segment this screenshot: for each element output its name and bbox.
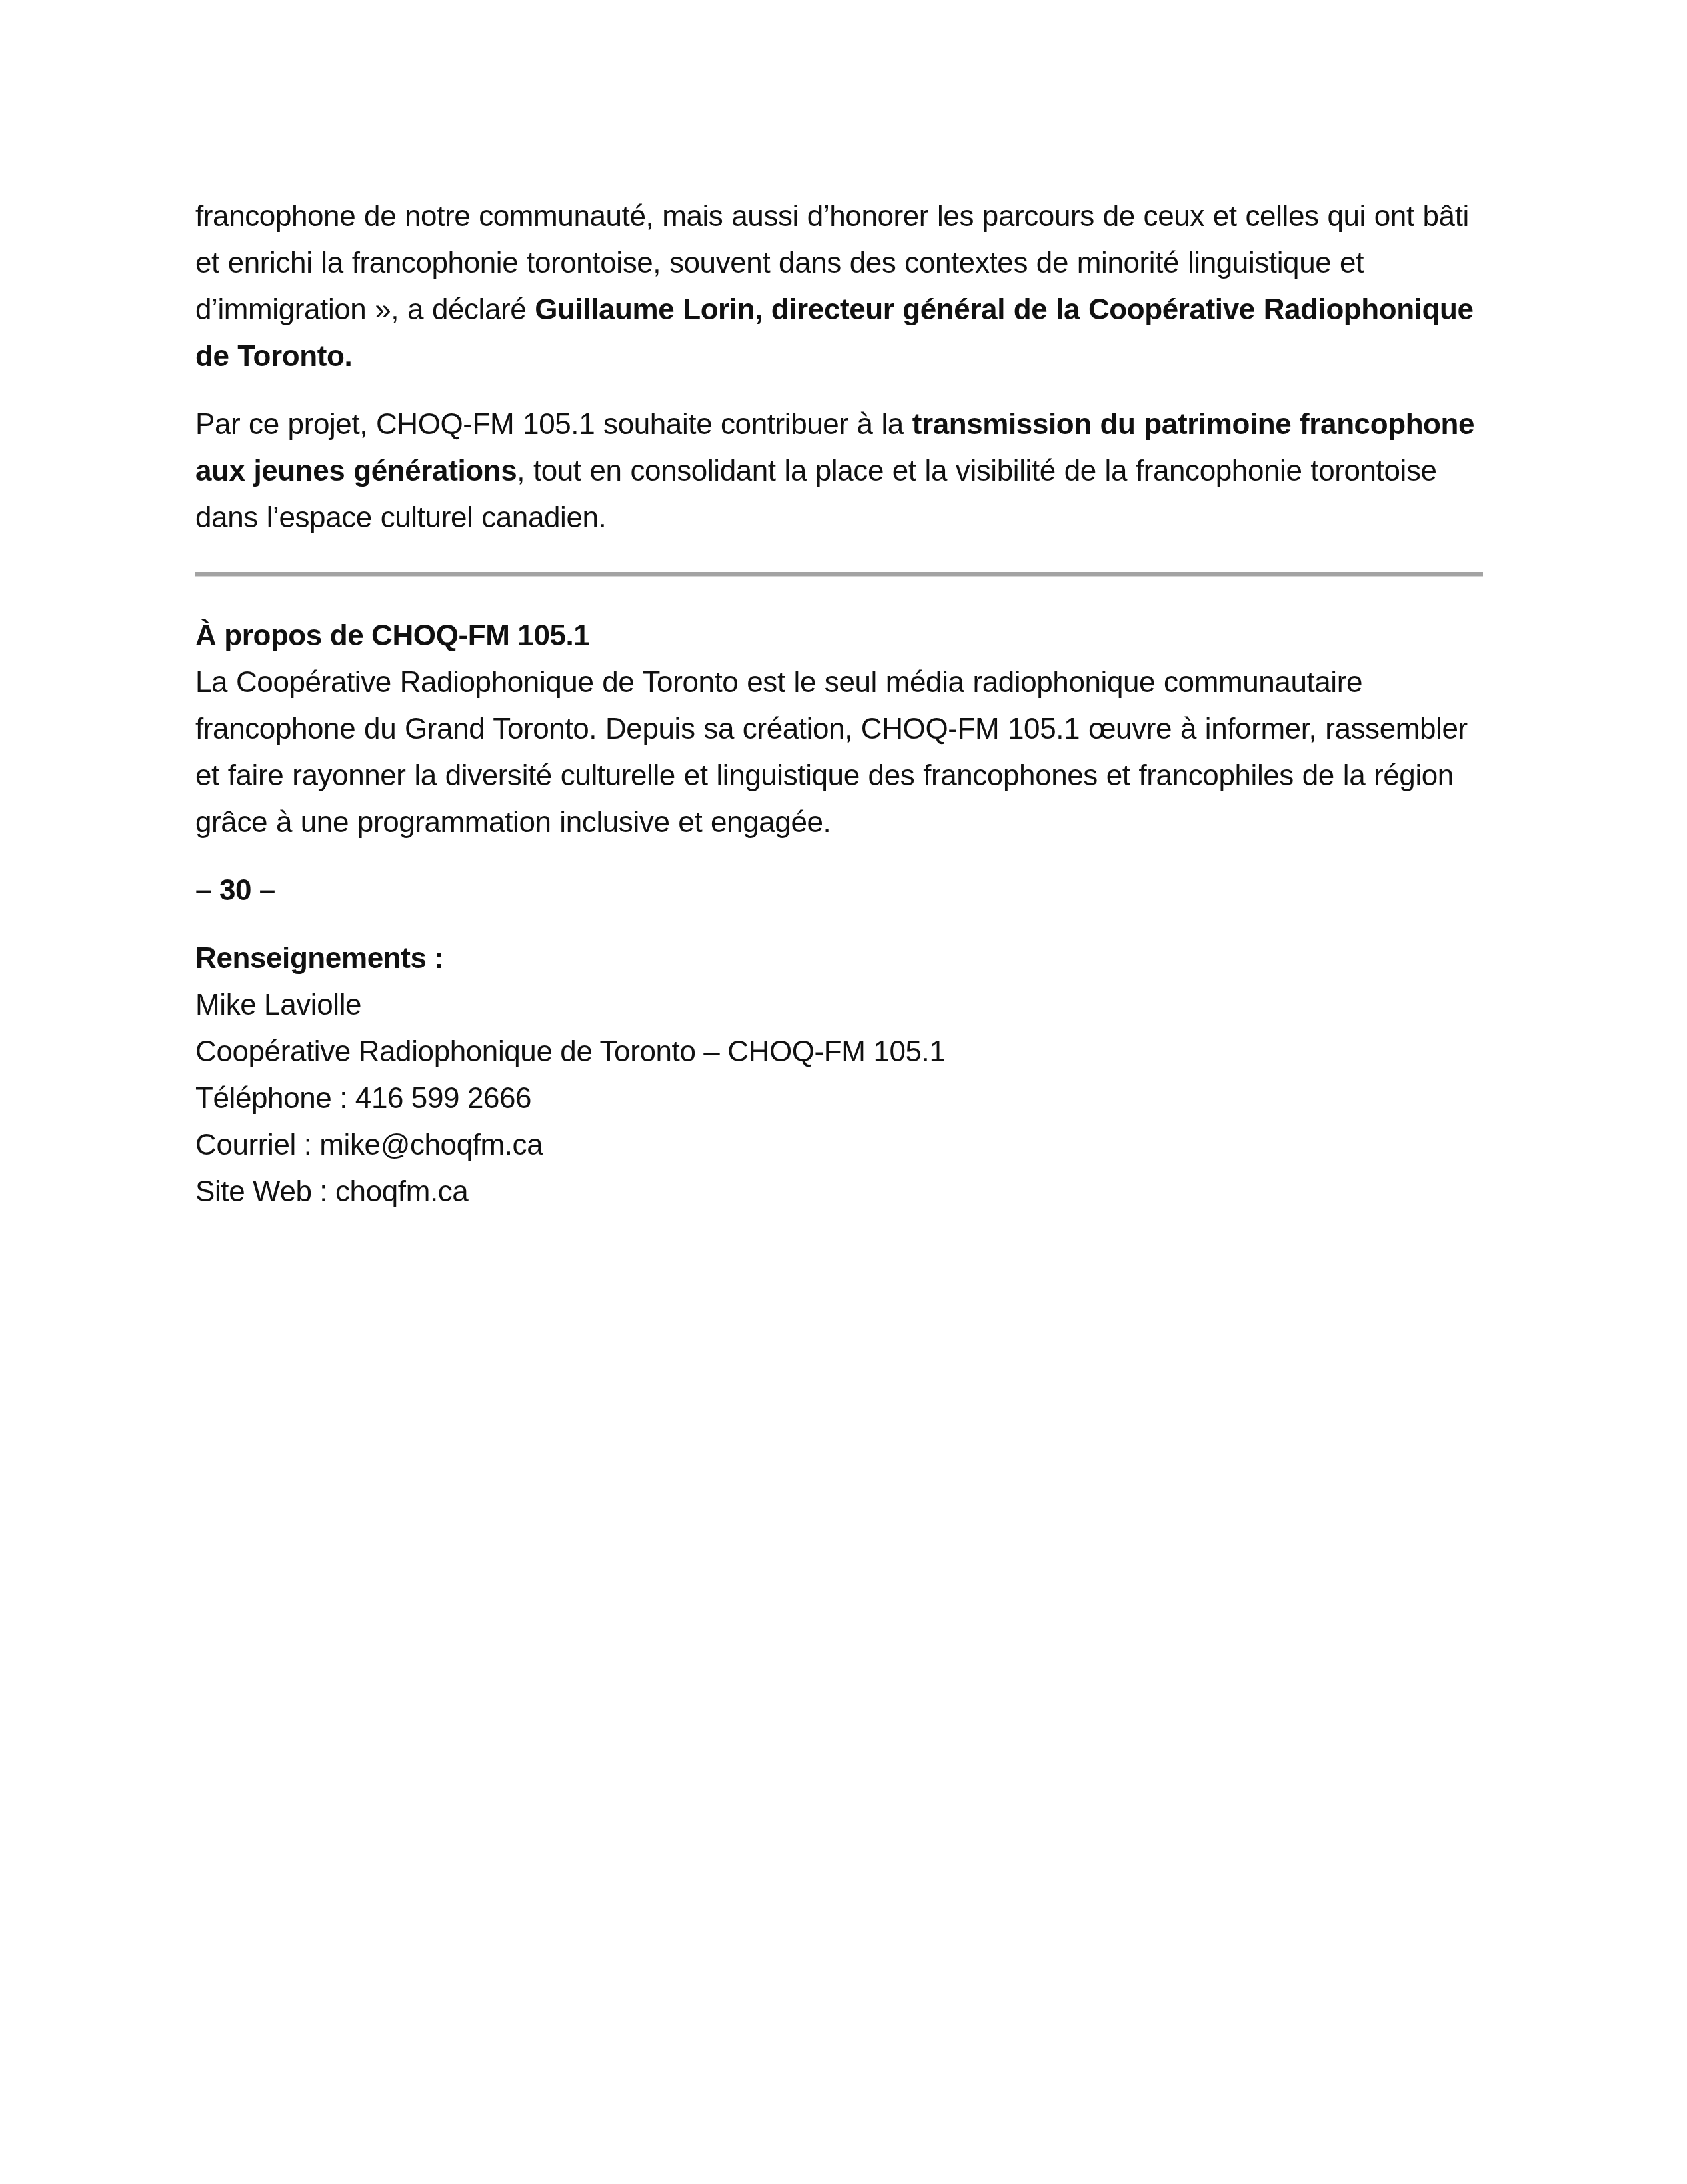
project-text-start: Par ce projet, CHOQ-FM 105.1 souhaite co… — [195, 408, 912, 441]
end-mark: – 30 – — [195, 867, 1488, 914]
email-label: Courriel : — [195, 1129, 319, 1161]
contact-email-line: Courriel : mike@choqfm.ca — [195, 1122, 1488, 1169]
phone-label: Téléphone : — [195, 1082, 355, 1115]
about-section: À propos de CHOQ-FM 105.1 La Coopérative… — [195, 613, 1488, 846]
website-link[interactable]: choqfm.ca — [335, 1175, 468, 1208]
contact-phone-line: Téléphone : 416 599 2666 — [195, 1075, 1488, 1122]
contact-website-line: Site Web : choqfm.ca — [195, 1169, 1488, 1215]
project-paragraph: Par ce projet, CHOQ-FM 105.1 souhaite co… — [195, 401, 1488, 541]
about-title: À propos de CHOQ-FM 105.1 — [195, 613, 1488, 659]
quote-paragraph: francophone de notre communauté, mais au… — [195, 193, 1488, 380]
section-divider — [195, 572, 1483, 577]
about-body: La Coopérative Radiophonique de Toronto … — [195, 659, 1488, 846]
contact-name: Mike Laviolle — [195, 982, 1488, 1029]
website-label: Site Web : — [195, 1175, 335, 1208]
press-release-page: francophone de notre communauté, mais au… — [195, 193, 1488, 1215]
contact-organization: Coopérative Radiophonique de Toronto – C… — [195, 1029, 1488, 1075]
contact-section: Renseignements : Mike Laviolle Coopérati… — [195, 935, 1488, 1215]
email-link[interactable]: mike@choqfm.ca — [319, 1129, 543, 1161]
phone-number: 416 599 2666 — [355, 1082, 531, 1115]
contact-title: Renseignements : — [195, 935, 1488, 982]
